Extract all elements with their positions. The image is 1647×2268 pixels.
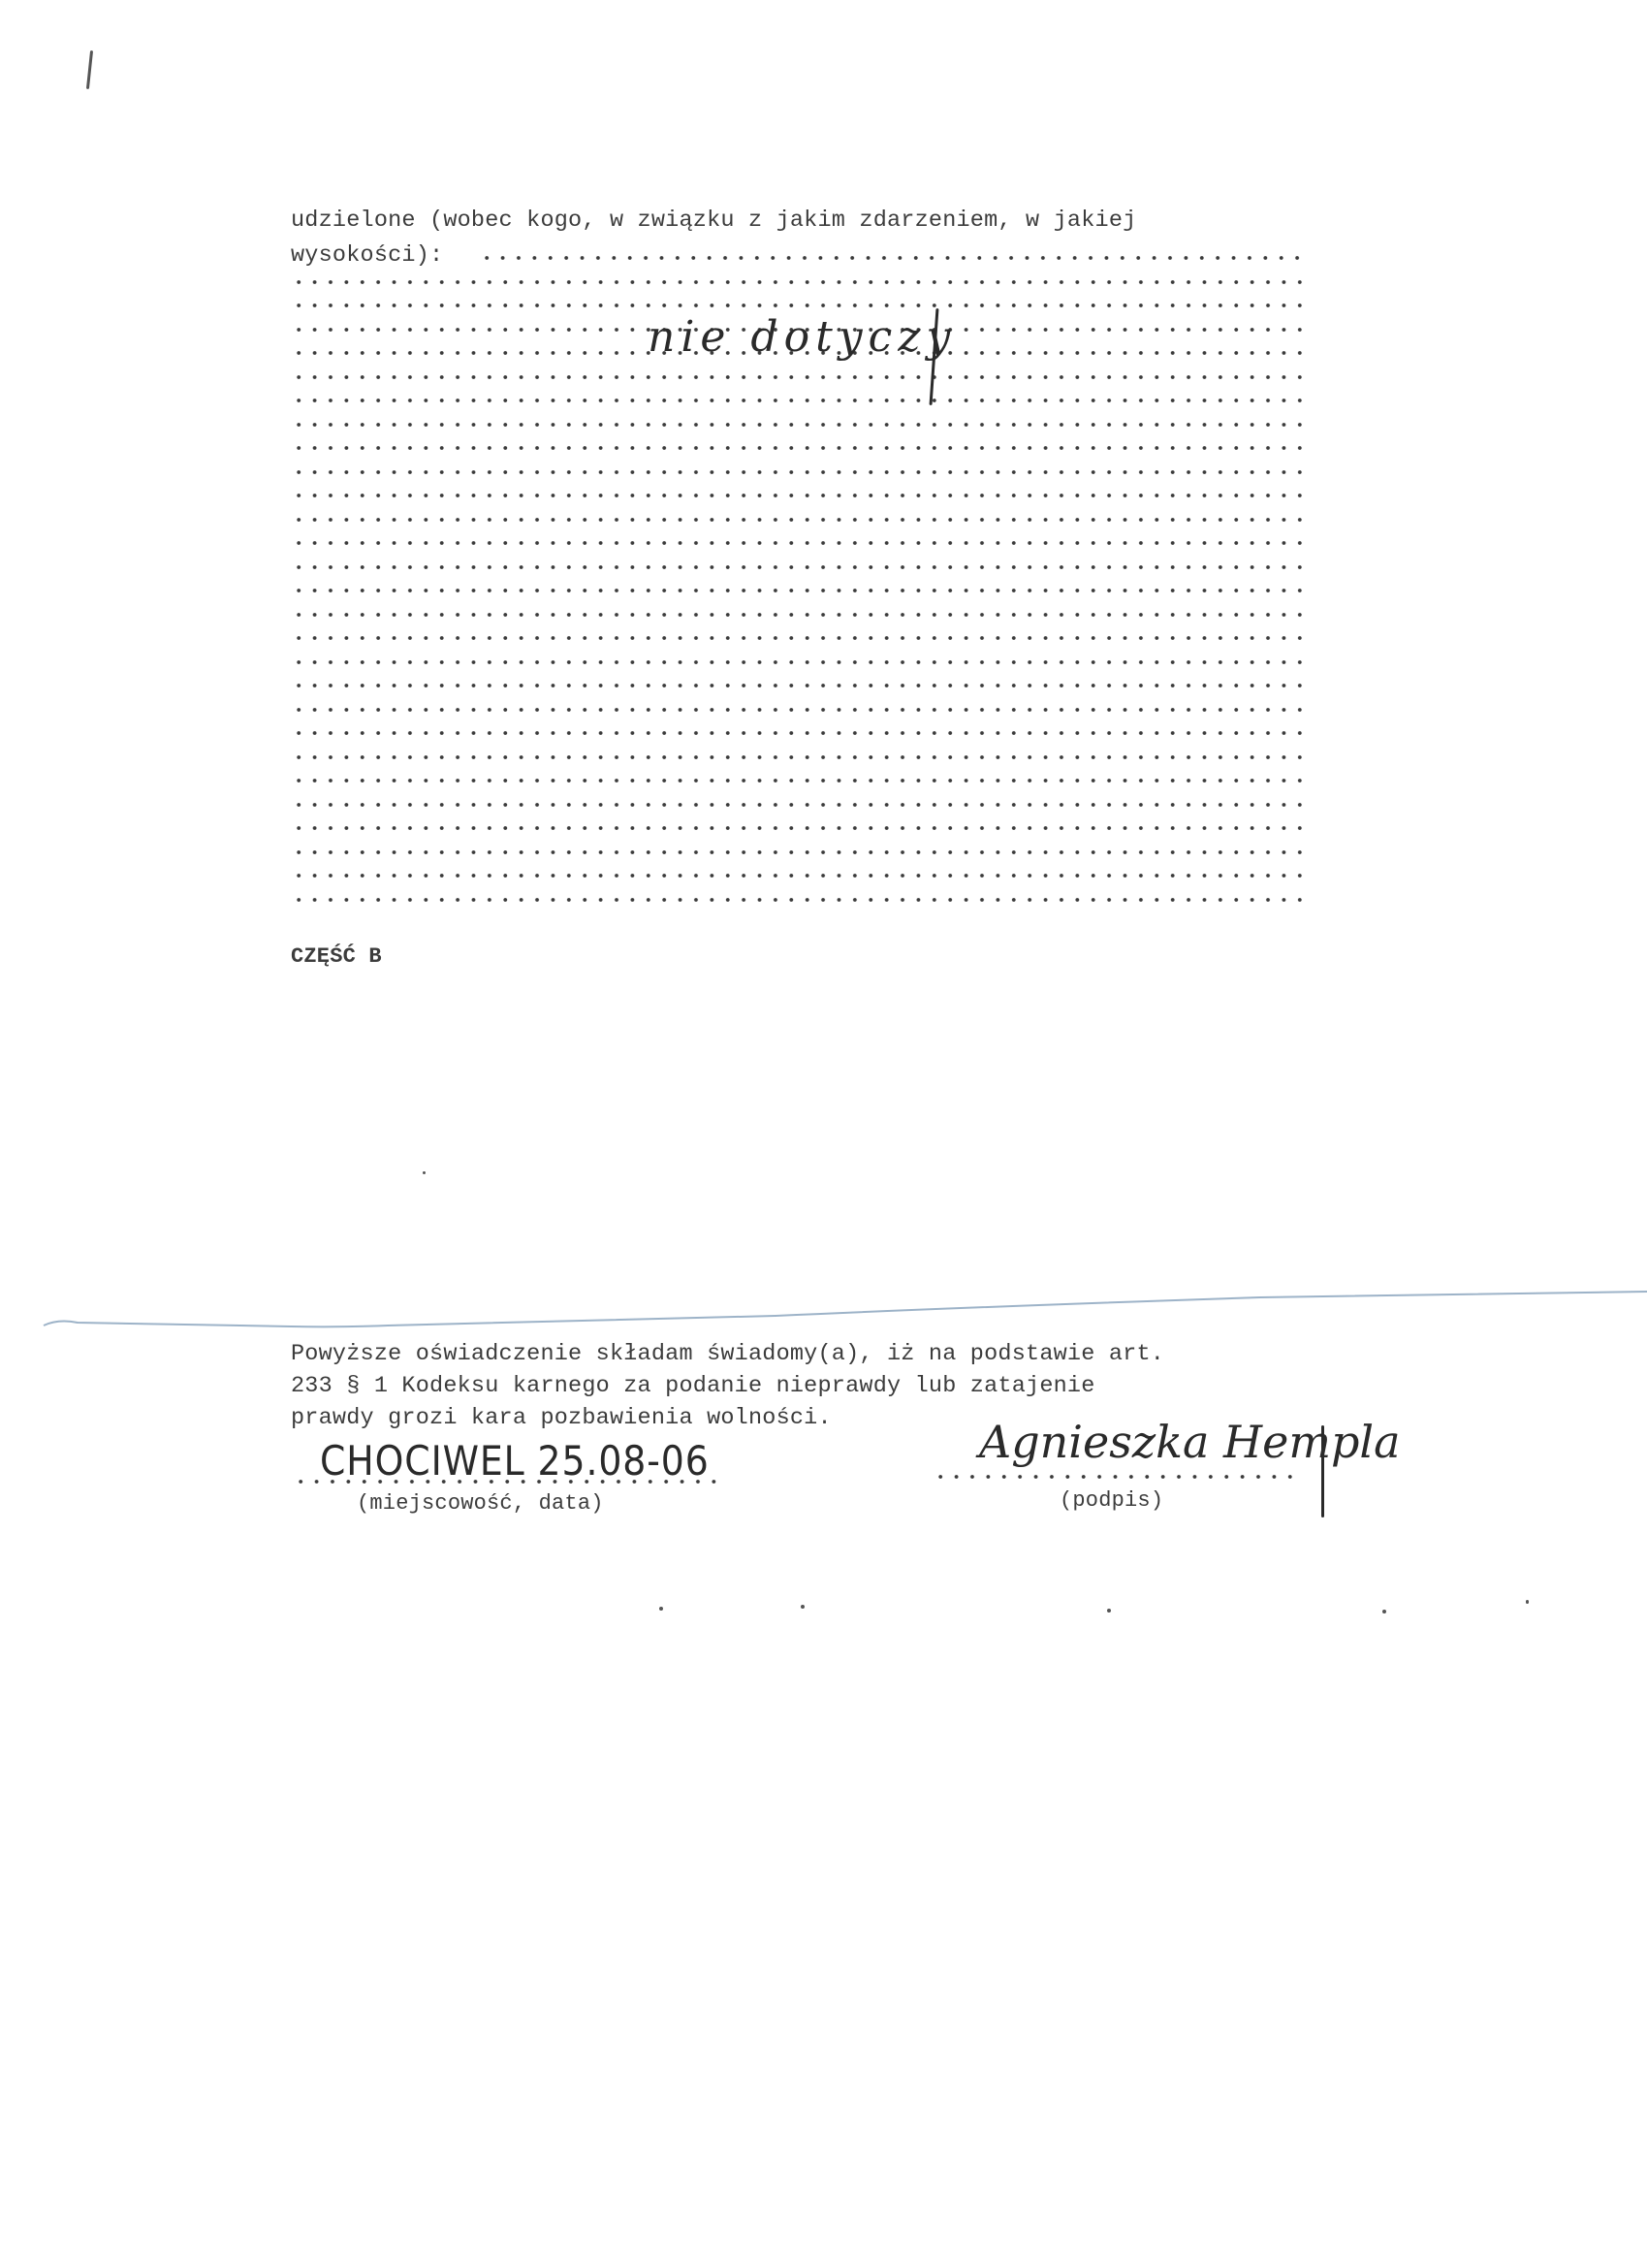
dotted-line [291, 849, 1309, 855]
dotted-line [291, 422, 1309, 428]
dotted-line [291, 683, 1309, 688]
dotted-line [291, 493, 1309, 498]
dotted-line [291, 707, 1309, 713]
place-date-handwritten[interactable]: CHOCIWEL 25.08-06 [320, 1437, 710, 1485]
dotted-line [291, 469, 1309, 475]
scan-speck [423, 1171, 426, 1174]
scan-speck [1382, 1610, 1386, 1613]
question-text-line1: udzielone (wobec kogo, w związku z jakim… [291, 208, 1136, 234]
dotted-line [291, 279, 1309, 285]
dotted-line [291, 612, 1309, 618]
dotted-line [291, 802, 1309, 808]
signature-handwritten[interactable]: Agnieszka Hempla [979, 1416, 1401, 1468]
declaration-line2: 233 § 1 Kodeksu karnego za podanie niepr… [291, 1373, 1095, 1399]
dotted-line [291, 825, 1309, 831]
scan-speck [1107, 1609, 1111, 1613]
section-heading: CZĘŚĆ B [291, 944, 382, 969]
scan-speck [1526, 1600, 1529, 1604]
dotted-line [291, 564, 1309, 570]
dotted-line [291, 374, 1309, 380]
question-text-line2: wysokości): [291, 242, 443, 269]
dotted-line [291, 398, 1309, 403]
dotted-line [291, 730, 1309, 736]
signature-caption: (podpis) [1060, 1488, 1163, 1513]
dotted-line [479, 255, 1309, 261]
dotted-line [291, 778, 1309, 783]
dotted-line [291, 873, 1309, 878]
place-date-dotted-line [293, 1479, 719, 1485]
scan-speck [659, 1607, 663, 1611]
signature-dotted-line [933, 1474, 1301, 1480]
dotted-line [291, 517, 1309, 523]
scan-line-artifact [0, 1280, 1647, 1338]
signature-stroke-loop [1321, 1425, 1324, 1517]
scan-speck [801, 1605, 805, 1609]
declaration-line1: Powyższe oświadczenie składam świadomy(a… [291, 1341, 1164, 1367]
place-date-caption: (miejscowość, data) [357, 1491, 604, 1516]
dotted-line [291, 588, 1309, 593]
scan-artifact-mark [86, 50, 93, 89]
dotted-line [291, 540, 1309, 546]
declaration-line3: prawdy grozi kara pozbawienia wolności. [291, 1405, 832, 1431]
dotted-line [291, 659, 1309, 665]
dotted-line [291, 635, 1309, 641]
dotted-line [291, 303, 1309, 308]
dotted-line [291, 897, 1309, 903]
dotted-line [291, 754, 1309, 760]
handwritten-answer[interactable]: nie dotyczy [648, 312, 956, 362]
dotted-line [291, 445, 1309, 451]
